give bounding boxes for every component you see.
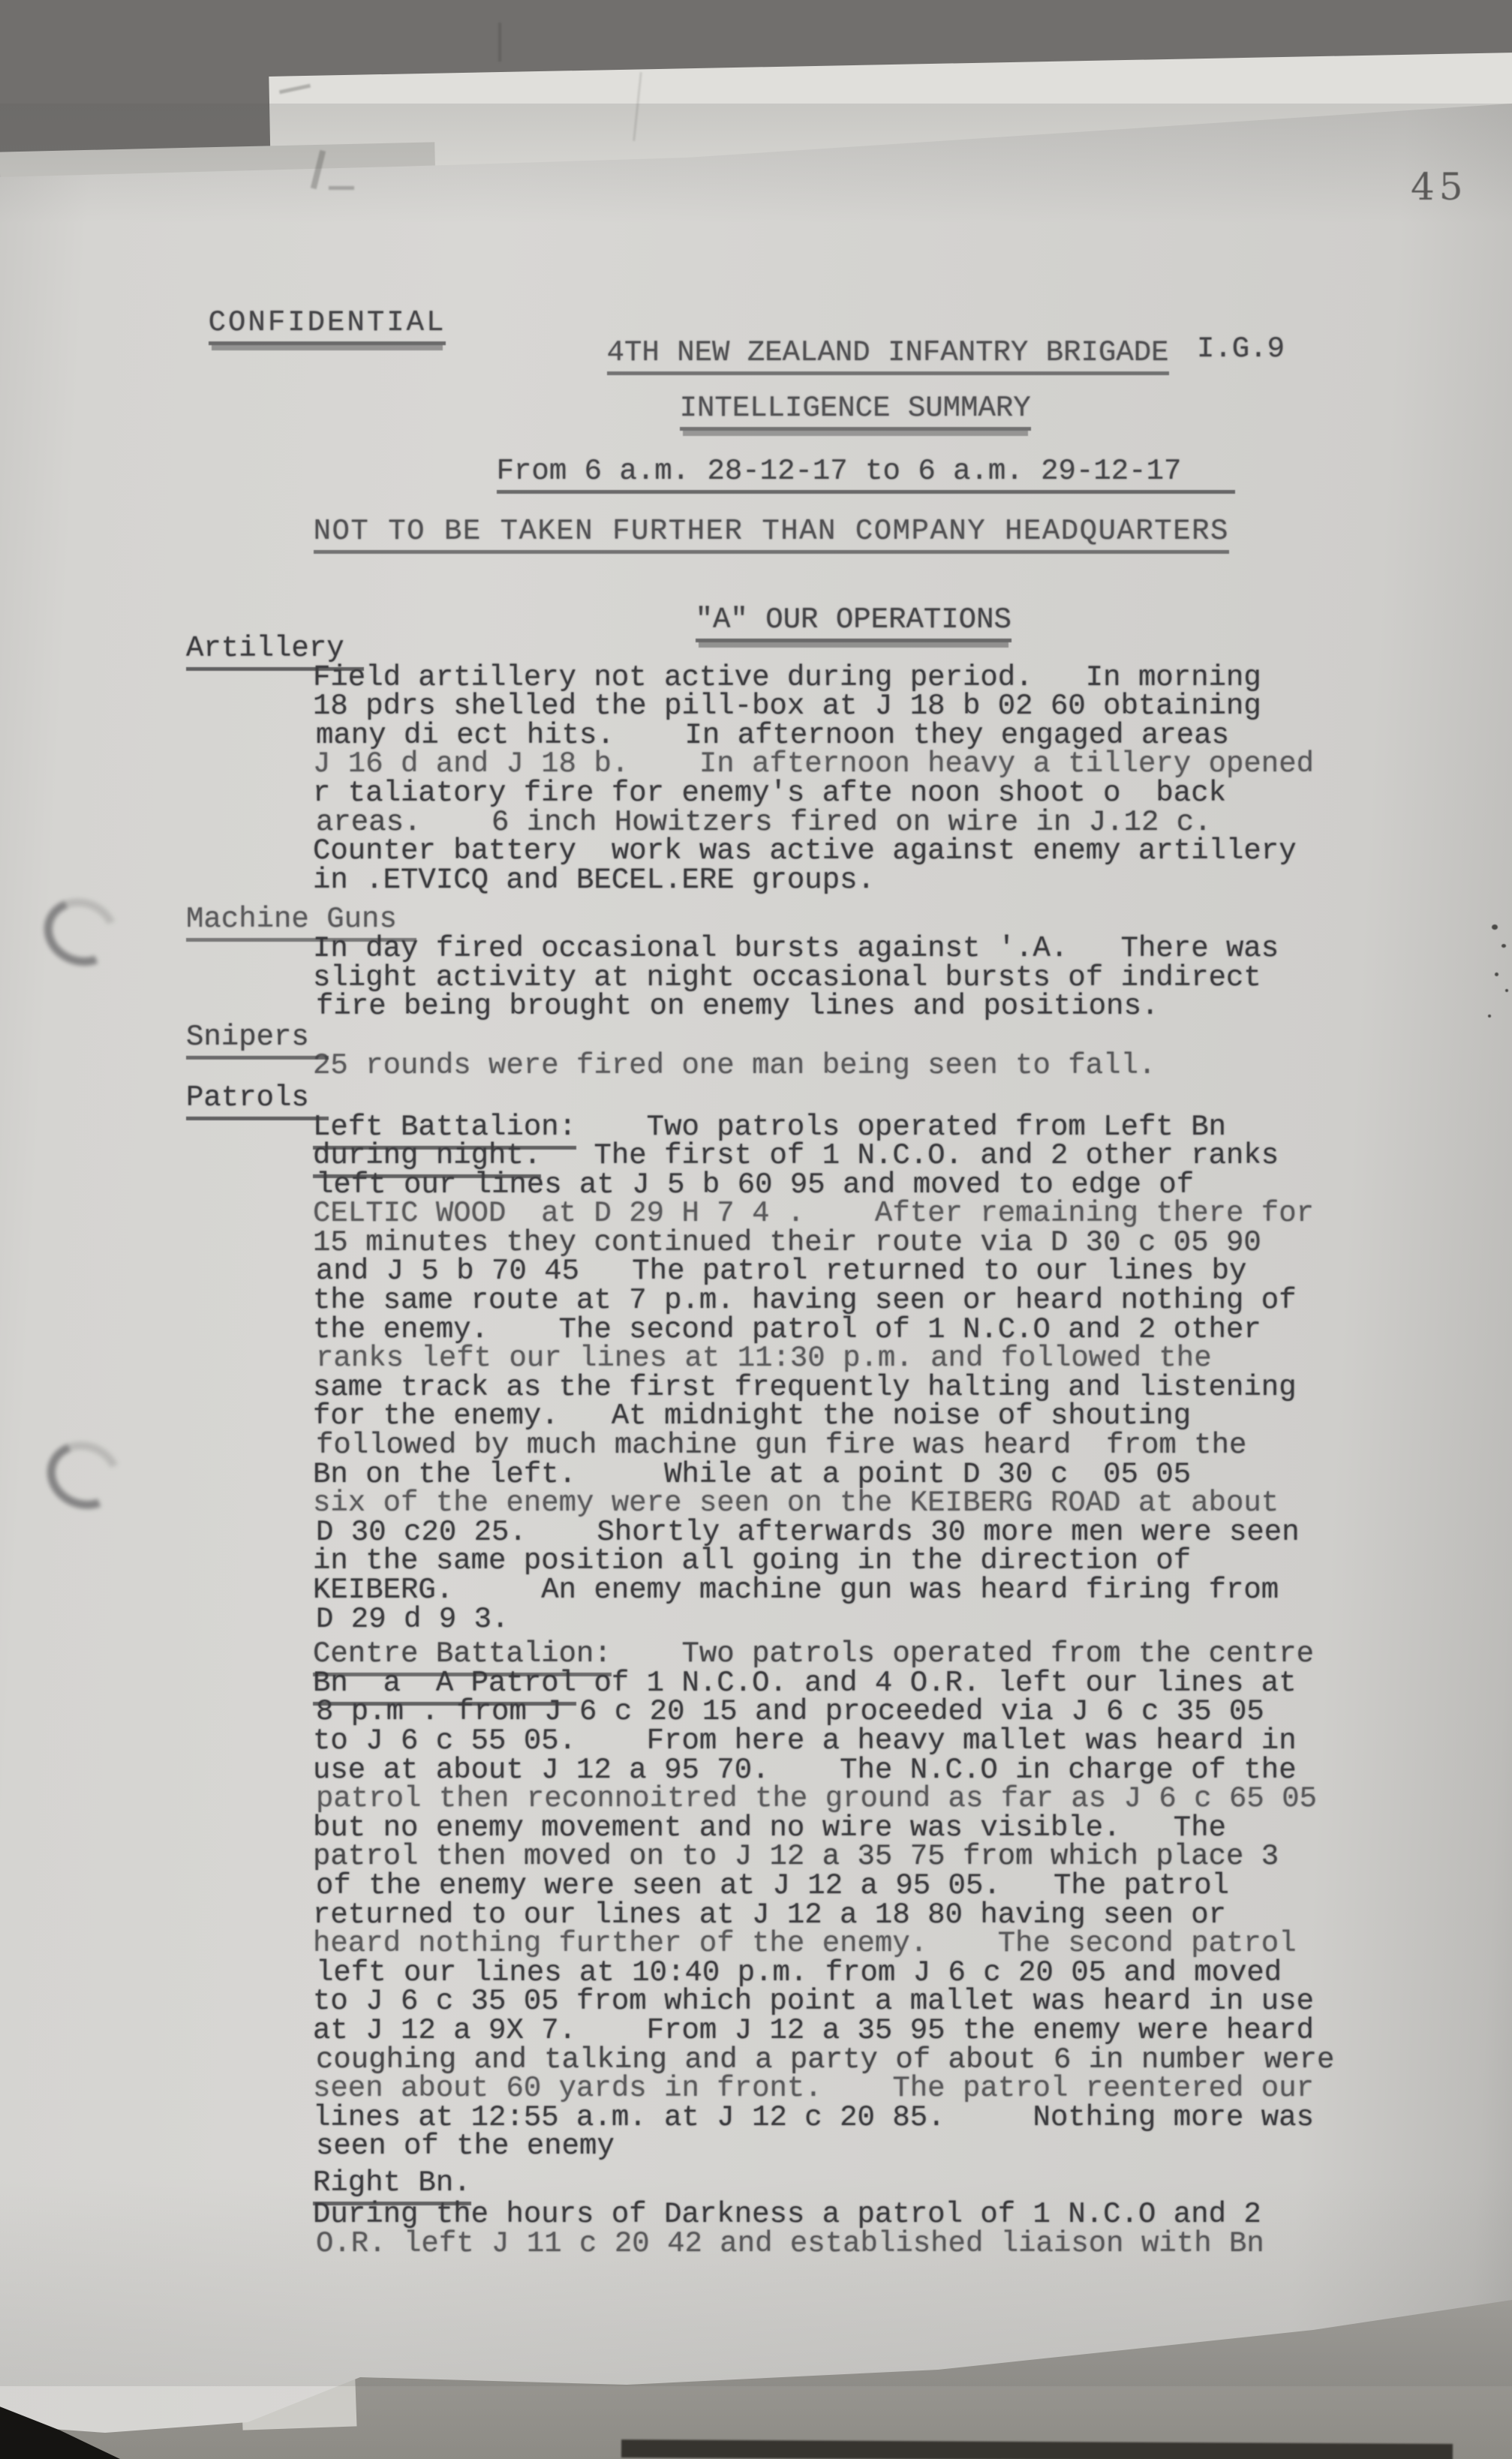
text-line: left our lines at J 5 b 60 95 and moved … bbox=[0, 1171, 1512, 1200]
text-line: left our lines at 10:40 p.m. from J 6 c … bbox=[0, 1958, 1512, 1988]
text-line: in the same position all going in the di… bbox=[0, 1547, 1512, 1576]
paper-crease-mark bbox=[498, 23, 501, 62]
text-line: same track as the first frequently halti… bbox=[0, 1373, 1512, 1402]
section-heading: Machine Guns bbox=[0, 905, 1512, 934]
text-line: six of the enemy were seen on the KEIBER… bbox=[0, 1489, 1512, 1518]
document-type-text: INTELLIGENCE SUMMARY bbox=[680, 392, 1031, 431]
text-line: many di ect hits. In afternoon they enga… bbox=[0, 721, 1512, 750]
text-line: coughing and talking and a party of abou… bbox=[0, 2046, 1512, 2075]
text-line: in .ETVICQ and BECEL.ERE groups. bbox=[0, 866, 1512, 895]
text-line: the same route at 7 p.m. having seen or … bbox=[0, 1286, 1512, 1315]
text-line: during night. The first of 1 N.C.O. and … bbox=[0, 1141, 1512, 1171]
section-heading: Artillery bbox=[0, 634, 1512, 663]
section-heading-text: Machine Guns bbox=[186, 903, 416, 942]
text-line: ranks left our lines at 11:30 p.m. and f… bbox=[0, 1344, 1512, 1373]
text-line: J 16 d and J 18 b. In afternoon heavy a … bbox=[0, 750, 1512, 779]
text-line: slight activity at night occasional burs… bbox=[0, 963, 1512, 993]
text-line: Centre Battalion: Two patrols operated f… bbox=[0, 1640, 1512, 1669]
text-line: r taliatory fire for enemy's afte noon s… bbox=[0, 779, 1512, 808]
page-number: 45 bbox=[1411, 165, 1468, 209]
text-line: 15 minutes they continued their route vi… bbox=[0, 1228, 1512, 1258]
text-line: seen of the enemy bbox=[0, 2132, 1512, 2161]
text-line: seen about 60 yards in front. The patrol… bbox=[0, 2074, 1512, 2103]
text-line: During the hours of Darkness a patrol of… bbox=[0, 2200, 1512, 2229]
text-line: to J 6 c 55 05. From here a heavy mallet… bbox=[0, 1727, 1512, 1756]
text-line: but no enemy movement and no wire was vi… bbox=[0, 1814, 1512, 1843]
text-line: 8 p.m . from J 6 c 20 15 and proceeded v… bbox=[0, 1697, 1512, 1727]
section-heading-text: Patrols bbox=[186, 1081, 329, 1120]
text-line: of the enemy were seen at J 12 a 95 05. … bbox=[0, 1871, 1512, 1901]
text-line: use at about J 12 a 95 70. The N.C.O in … bbox=[0, 1756, 1512, 1785]
text-line: lines at 12:55 a.m. at J 12 c 20 85. Not… bbox=[0, 2103, 1512, 2133]
text-line: CELTIC WOOD at D 29 H 7 4 . After remain… bbox=[0, 1199, 1512, 1228]
text-line: followed by much machine gun fire was he… bbox=[0, 1431, 1512, 1460]
text-line: areas. 6 inch Howitzers fired on wire in… bbox=[0, 808, 1512, 837]
scanned-document-page: 45 CONFIDENTIAL 4TH NEW ZEALAND INFANTRY… bbox=[0, 0, 1512, 2459]
text-line: 18 pdrs shelled the pill-box at J 18 b 0… bbox=[0, 692, 1512, 721]
text-line: heard nothing further of the enemy. The … bbox=[0, 1929, 1512, 1958]
text-line: D 30 c20 25. Shortly afterwards 30 more … bbox=[0, 1518, 1512, 1547]
text-line: returned to our lines at J 12 a 18 80 ha… bbox=[0, 1901, 1512, 1930]
text-line: O.R. left J 11 c 20 42 and established l… bbox=[0, 2229, 1512, 2259]
underlined-subheading-text: Centre Battalion: bbox=[313, 1637, 612, 1676]
text-line: Right Bn. bbox=[0, 2169, 1512, 2198]
text-line: patrol then reconnoitred the ground as f… bbox=[0, 1784, 1512, 1814]
text-line: at J 12 a 9X 7. From J 12 a 35 95 the en… bbox=[0, 2016, 1512, 2046]
text-line: fire being brought on enemy lines and po… bbox=[0, 992, 1512, 1021]
distribution-restriction-text: NOT TO BE TAKEN FURTHER THAN COMPANY HEA… bbox=[314, 515, 1229, 554]
text-line: and J 5 b 70 45 The patrol returned to o… bbox=[0, 1257, 1512, 1286]
text-line: Bn on the left. While at a point D 30 c … bbox=[0, 1460, 1512, 1490]
text-line: 25 rounds were fired one man being seen … bbox=[0, 1051, 1512, 1081]
text-line: Counter battery work was active against … bbox=[0, 837, 1512, 866]
text-line: the enemy. The second patrol of 1 N.C.O … bbox=[0, 1315, 1512, 1345]
reference-number: I.G.9 bbox=[1197, 335, 1285, 364]
text-line: Bn a A Patrol of 1 N.C.O. and 4 O.R. lef… bbox=[0, 1669, 1512, 1698]
classification-text: CONFIDENTIAL bbox=[209, 306, 446, 345]
document-body: ArtilleryField artillery not active duri… bbox=[0, 634, 1512, 2259]
text-line: D 29 d 9 3. bbox=[0, 1605, 1512, 1634]
distribution-restriction: NOT TO BE TAKEN FURTHER THAN COMPANY HEA… bbox=[239, 488, 1229, 575]
pencil-mark bbox=[329, 186, 354, 190]
text-line: for the enemy. At midnight the noise of … bbox=[0, 1402, 1512, 1431]
text-line: KEIBERG. An enemy machine gun was heard … bbox=[0, 1576, 1512, 1605]
classification-stamp: CONFIDENTIAL bbox=[129, 279, 446, 366]
section-heading: Snipers bbox=[0, 1023, 1512, 1052]
text-line: to J 6 c 35 05 from which point a mallet… bbox=[0, 1987, 1512, 2016]
section-heading: Patrols bbox=[0, 1084, 1512, 1113]
text-line: patrol then moved on to J 12 a 35 75 fro… bbox=[0, 1842, 1512, 1871]
